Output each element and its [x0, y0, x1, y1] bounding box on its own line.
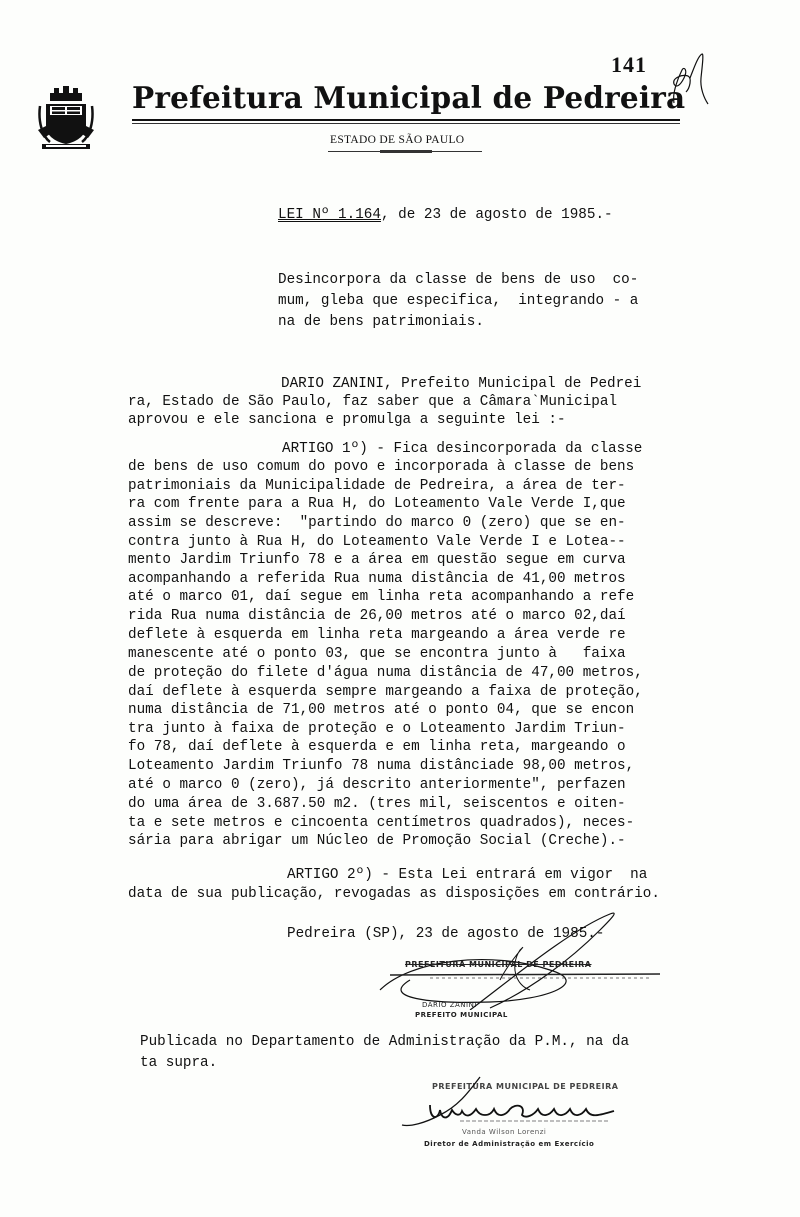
article-line: contra junto à Rua H, do Loteamento Vale…: [128, 533, 626, 551]
article-line: rida Rua numa distância de 26,00 metros …: [128, 607, 626, 625]
subtitle-rule: [380, 150, 432, 153]
page-number: 141: [611, 52, 647, 78]
article-line: mento Jardim Triunfo 78 e a área em ques…: [128, 551, 626, 569]
article-line: deflete à esquerda em linha reta margean…: [128, 626, 626, 644]
article-line: acompanhando a referida Rua numa distânc…: [128, 570, 626, 588]
page-title: Prefeitura Municipal de Pedreira: [132, 80, 685, 115]
article-line: do uma área de 3.687.50 m2. (tres mil, s…: [128, 795, 626, 813]
title-rule: [132, 123, 680, 124]
article-line: ARTIGO 2º) - Esta Lei entrará em vigor n…: [287, 866, 647, 884]
article-line: data de sua publicação, revogadas as dis…: [128, 885, 660, 903]
article-line: Loteamento Jardim Triunfo 78 numa distân…: [128, 757, 634, 775]
title-rule: [132, 119, 680, 121]
article-line: ARTIGO 1º) - Fica desincorporada da clas…: [282, 440, 642, 458]
article-line: sária para abrigar um Núcleo de Promoção…: [128, 832, 626, 850]
law-date: , de 23 de agosto de 1985.-: [381, 207, 613, 223]
article-line: patrimoniais da Municipalidade de Pedrei…: [128, 477, 626, 495]
summary-line: na de bens patrimoniais.: [278, 313, 484, 331]
article-line: assim se descreve: "partindo do marco 0 …: [128, 514, 626, 532]
coat-of-arms-icon: [36, 86, 96, 152]
preamble-line: DARIO ZANINI, Prefeito Municipal de Pedr…: [281, 375, 641, 393]
article-line: tra junto à faixa de proteção e o Loteam…: [128, 720, 626, 738]
summary-line: mum, gleba que especifica, integrando - …: [278, 292, 638, 310]
article-line: manescente até o ponto 03, que se encont…: [128, 645, 626, 663]
mayor-name: DARIO ZANINI: [422, 1001, 477, 1009]
preamble-line: aprovou e ele sanciona e promulga a segu…: [128, 411, 566, 429]
article-line: até o marco 0 (zero), já descrito anteri…: [128, 776, 626, 794]
director-signature-icon: [400, 1075, 620, 1130]
article-line: até o marco 01, daí segue em linha reta …: [128, 588, 634, 606]
director-role: Diretor de Administração em Exercício: [424, 1140, 594, 1148]
article-line: de proteção do filete d'água numa distân…: [128, 664, 643, 682]
publication-line: Publicada no Departamento de Administraç…: [140, 1033, 629, 1051]
state-subtitle: ESTADO DE SÃO PAULO: [330, 134, 464, 146]
article-line: numa distância de 71,00 metros até o pon…: [128, 701, 634, 719]
preamble-line: ra, Estado de São Paulo, faz saber que a…: [128, 393, 617, 411]
article-line: de bens de uso comum do povo e incorpora…: [128, 458, 634, 476]
article-line: ra com frente para a Rua H, do Loteament…: [128, 495, 626, 513]
summary-line: Desincorpora da classe de bens de uso co…: [278, 271, 638, 289]
publication-line: ta supra.: [140, 1054, 217, 1072]
article-line: daí deflete à esquerda sempre margeando …: [128, 683, 643, 701]
mayor-stamp-top: PREFEITURA MUNICIPAL DE PEDREIRA: [405, 960, 591, 969]
law-heading: LEI Nº 1.164, de 23 de agosto de 1985.-: [278, 206, 613, 224]
law-number: LEI Nº 1.164: [278, 207, 381, 223]
director-name: Vanda Wilson Lorenzi: [462, 1128, 546, 1136]
article-line: ta e sete metros e cincoenta centímetros…: [128, 814, 634, 832]
article-line: fo 78, daí deflete à esquerda e em linha…: [128, 738, 626, 756]
mayor-role: PREFEITO MUNICIPAL: [415, 1011, 508, 1019]
